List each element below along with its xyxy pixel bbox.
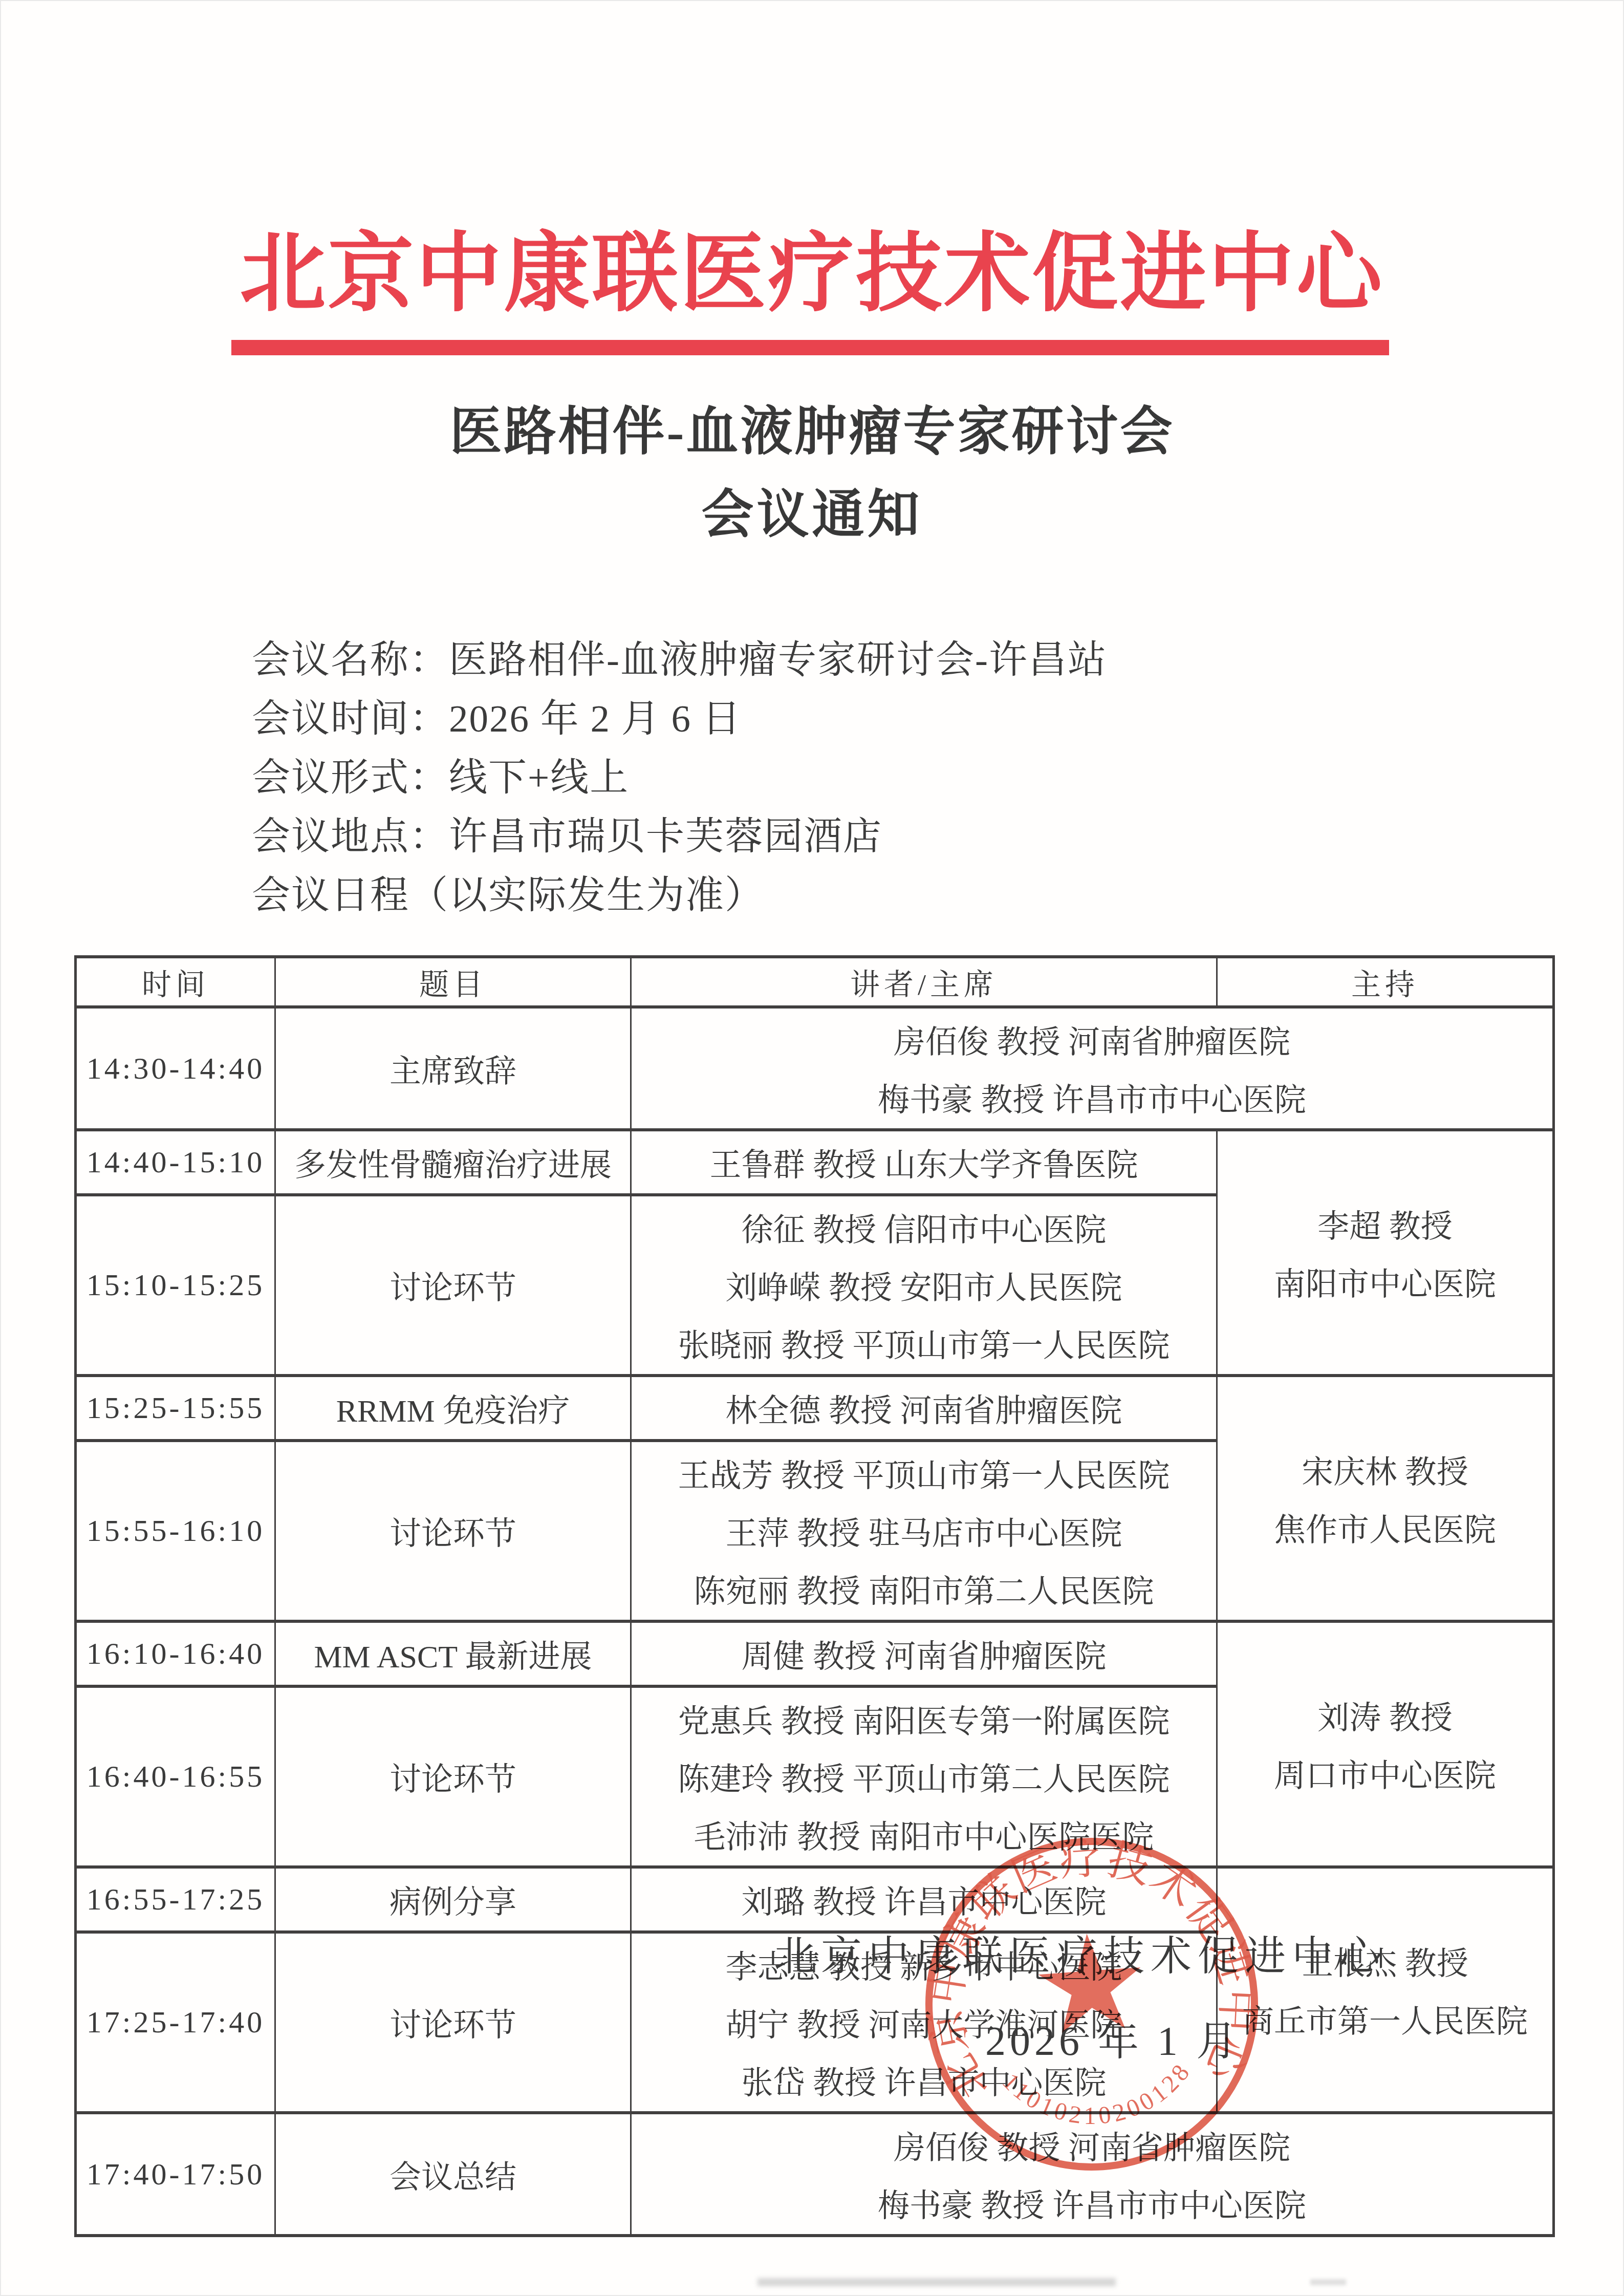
agenda-time-cell: 14:40-15:10 [76,1130,275,1195]
meeting-venue-label: 会议地点： [252,816,449,858]
agenda-time-cell: 14:30-14:40 [76,1007,275,1130]
agenda-speakers-cell: 林全德 教授 河南省肿瘤医院 [631,1376,1217,1441]
stamp-serial-text: 11010210200128 [996,2055,1201,2136]
speaker-line: 党惠兵 教授 南阳医专第一附属医院 [635,1690,1213,1748]
agenda-topic-cell: 讨论环节 [275,1932,631,2113]
speaker-line: 刘峥嵘 教授 安阳市人民医院 [635,1256,1213,1314]
host-name-line: 刘涛 教授 [1221,1686,1549,1744]
agenda-speakers-cell: 王鲁群 教授 山东大学齐鲁医院 [631,1130,1217,1195]
speaker-line: 王战芳 教授 平顶山市第一人民医院 [635,1444,1213,1502]
speaker-line: 徐征 教授 信阳市中心医院 [635,1198,1213,1256]
agenda-time-cell: 15:25-15:55 [76,1376,275,1441]
org-title: 北京中康联医疗技术促进中心 [0,205,1624,328]
agenda-host-cell: 宋庆林 教授 焦作市人民医院 [1217,1376,1554,1621]
col-header-host: 主持 [1217,957,1554,1007]
agenda-speakers-cell: 周健 教授 河南省肿瘤医院 [631,1621,1217,1686]
speaker-line: 梅书豪 教授 许昌市市中心医院 [635,1068,1549,1126]
meeting-agenda-caption: 会议日程（以实际发生为准） [252,876,1107,915]
scan-artifact [1310,2279,1346,2285]
meeting-venue-value: 许昌市瑞贝卡芙蓉园酒店 [449,816,882,858]
agenda-host-cell: 李超 教授 南阳市中心医院 [1217,1130,1554,1376]
host-name-line: 宋庆林 教授 [1221,1441,1549,1498]
agenda-time-cell: 16:55-17:25 [76,1867,275,1932]
host-hospital-line: 周口市中心医院 [1221,1744,1549,1802]
agenda-topic-cell: MM ASCT 最新进展 [275,1621,631,1686]
scanned-meeting-notice-page: 北京中康联医疗技术促进中心 医路相伴-血液肿瘤专家研讨会 会议通知 会议名称：医… [0,0,1624,2296]
meeting-name-value: 医路相伴-血液肿瘤专家研讨会-许昌站 [449,639,1107,681]
agenda-time-cell: 15:55-16:10 [76,1441,275,1621]
speaker-line: 梅书豪 教授 许昌市市中心医院 [635,2174,1549,2232]
meeting-time-label: 会议时间： [252,698,449,740]
red-divider-line [231,340,1389,355]
meeting-venue-line: 会议地点：许昌市瑞贝卡芙蓉园酒店 [252,818,1107,856]
meeting-details: 会议名称：医路相伴-血液肿瘤专家研讨会-许昌站 会议时间：2026 年 2 月 … [252,641,1107,935]
agenda-time-cell: 15:10-15:25 [76,1195,275,1376]
table-row: 17:40-17:50 会议总结 房佰俊 教授 河南省肿瘤医院 梅书豪 教授 许… [76,2113,1554,2236]
agenda-header-row: 时间 题目 讲者/主席 主持 [76,957,1554,1007]
meeting-format-label: 会议形式： [252,757,449,799]
host-hospital-line: 焦作市人民医院 [1221,1498,1549,1556]
meeting-name-line: 会议名称：医路相伴-血液肿瘤专家研讨会-许昌站 [252,641,1107,680]
official-red-stamp: 北京中康联医疗技术促进中心 11010210200128 [910,1822,1274,2186]
agenda-host-cell: 刘涛 教授 周口市中心医院 [1217,1621,1554,1867]
speaker-line: 陈宛丽 教授 南阳市第二人民医院 [635,1560,1213,1618]
stamp-star-icon [1036,1930,1145,2034]
speaker-line: 林全德 教授 河南省肿瘤医院 [635,1379,1213,1437]
speaker-line: 王萍 教授 驻马店市中心医院 [635,1502,1213,1560]
meeting-format-line: 会议形式：线下+线上 [252,759,1107,798]
agenda-speakers-cell: 王战芳 教授 平顶山市第一人民医院 王萍 教授 驻马店市中心医院 陈宛丽 教授 … [631,1441,1217,1621]
agenda-topic-cell: 病例分享 [275,1867,631,1932]
table-row: 15:25-15:55 RRMM 免疫治疗 林全德 教授 河南省肿瘤医院 宋庆林… [76,1376,1554,1441]
speaker-line: 周健 教授 河南省肿瘤医院 [635,1625,1213,1683]
agenda-topic-cell: RRMM 免疫治疗 [275,1376,631,1441]
speaker-line: 房佰俊 教授 河南省肿瘤医院 [635,1011,1549,1068]
event-title: 医路相伴-血液肿瘤专家研讨会 [0,390,1624,465]
agenda-table: 时间 题目 讲者/主席 主持 14:30-14:40 主席致辞 房佰俊 教授 河… [74,955,1555,2237]
agenda-time-cell: 16:10-16:40 [76,1621,275,1686]
agenda-speakers-cell: 徐征 教授 信阳市中心医院 刘峥嵘 教授 安阳市人民医院 张晓丽 教授 平顶山市… [631,1195,1217,1376]
agenda-topic-cell: 多发性骨髓瘤治疗进展 [275,1130,631,1195]
agenda-topic-cell: 讨论环节 [275,1686,631,1867]
host-hospital-line: 商丘市第一人民医院 [1221,1990,1549,2048]
meeting-time-line: 会议时间：2026 年 2 月 6 日 [252,700,1107,739]
agenda-topic-cell: 讨论环节 [275,1441,631,1621]
table-row: 14:30-14:40 主席致辞 房佰俊 教授 河南省肿瘤医院 梅书豪 教授 许… [76,1007,1554,1130]
meeting-format-value: 线下+线上 [449,757,629,799]
agenda-time-cell: 16:40-16:55 [76,1686,275,1867]
notice-title: 会议通知 [0,473,1624,548]
speaker-line: 陈建玲 教授 平顶山市第二人民医院 [635,1748,1213,1806]
agenda-topic-cell: 会议总结 [275,2113,631,2236]
agenda-time-cell: 17:25-17:40 [76,1932,275,2113]
speaker-line: 张晓丽 教授 平顶山市第一人民医院 [635,1314,1213,1372]
host-hospital-line: 南阳市中心医院 [1221,1253,1549,1311]
scan-artifact [757,2278,1116,2286]
stamp-serial-textpath: 11010210200128 [996,2055,1201,2136]
table-row: 16:55-17:25 病例分享 刘璐 教授 许昌市中心医院 王根杰 教授 商丘… [76,1867,1554,1932]
meeting-agenda-caption-label: 会议日程（以实际发生为准） [252,874,764,917]
col-header-time: 时间 [76,957,275,1007]
speaker-line: 王鲁群 教授 山东大学齐鲁医院 [635,1133,1213,1191]
agenda-time-cell: 17:40-17:50 [76,2113,275,2236]
col-header-speaker: 讲者/主席 [631,957,1217,1007]
agenda-topic-cell: 主席致辞 [275,1007,631,1130]
host-name-line: 李超 教授 [1221,1195,1549,1253]
meeting-time-value: 2026 年 2 月 6 日 [449,698,742,740]
meeting-name-label: 会议名称： [252,639,449,681]
table-row: 14:40-15:10 多发性骨髓瘤治疗进展 王鲁群 教授 山东大学齐鲁医院 李… [76,1130,1554,1195]
agenda-speakers-cell: 房佰俊 教授 河南省肿瘤医院 梅书豪 教授 许昌市市中心医院 [631,1007,1554,1130]
table-row: 16:10-16:40 MM ASCT 最新进展 周健 教授 河南省肿瘤医院 刘… [76,1621,1554,1686]
agenda-topic-cell: 讨论环节 [275,1195,631,1376]
col-header-topic: 题目 [275,957,631,1007]
